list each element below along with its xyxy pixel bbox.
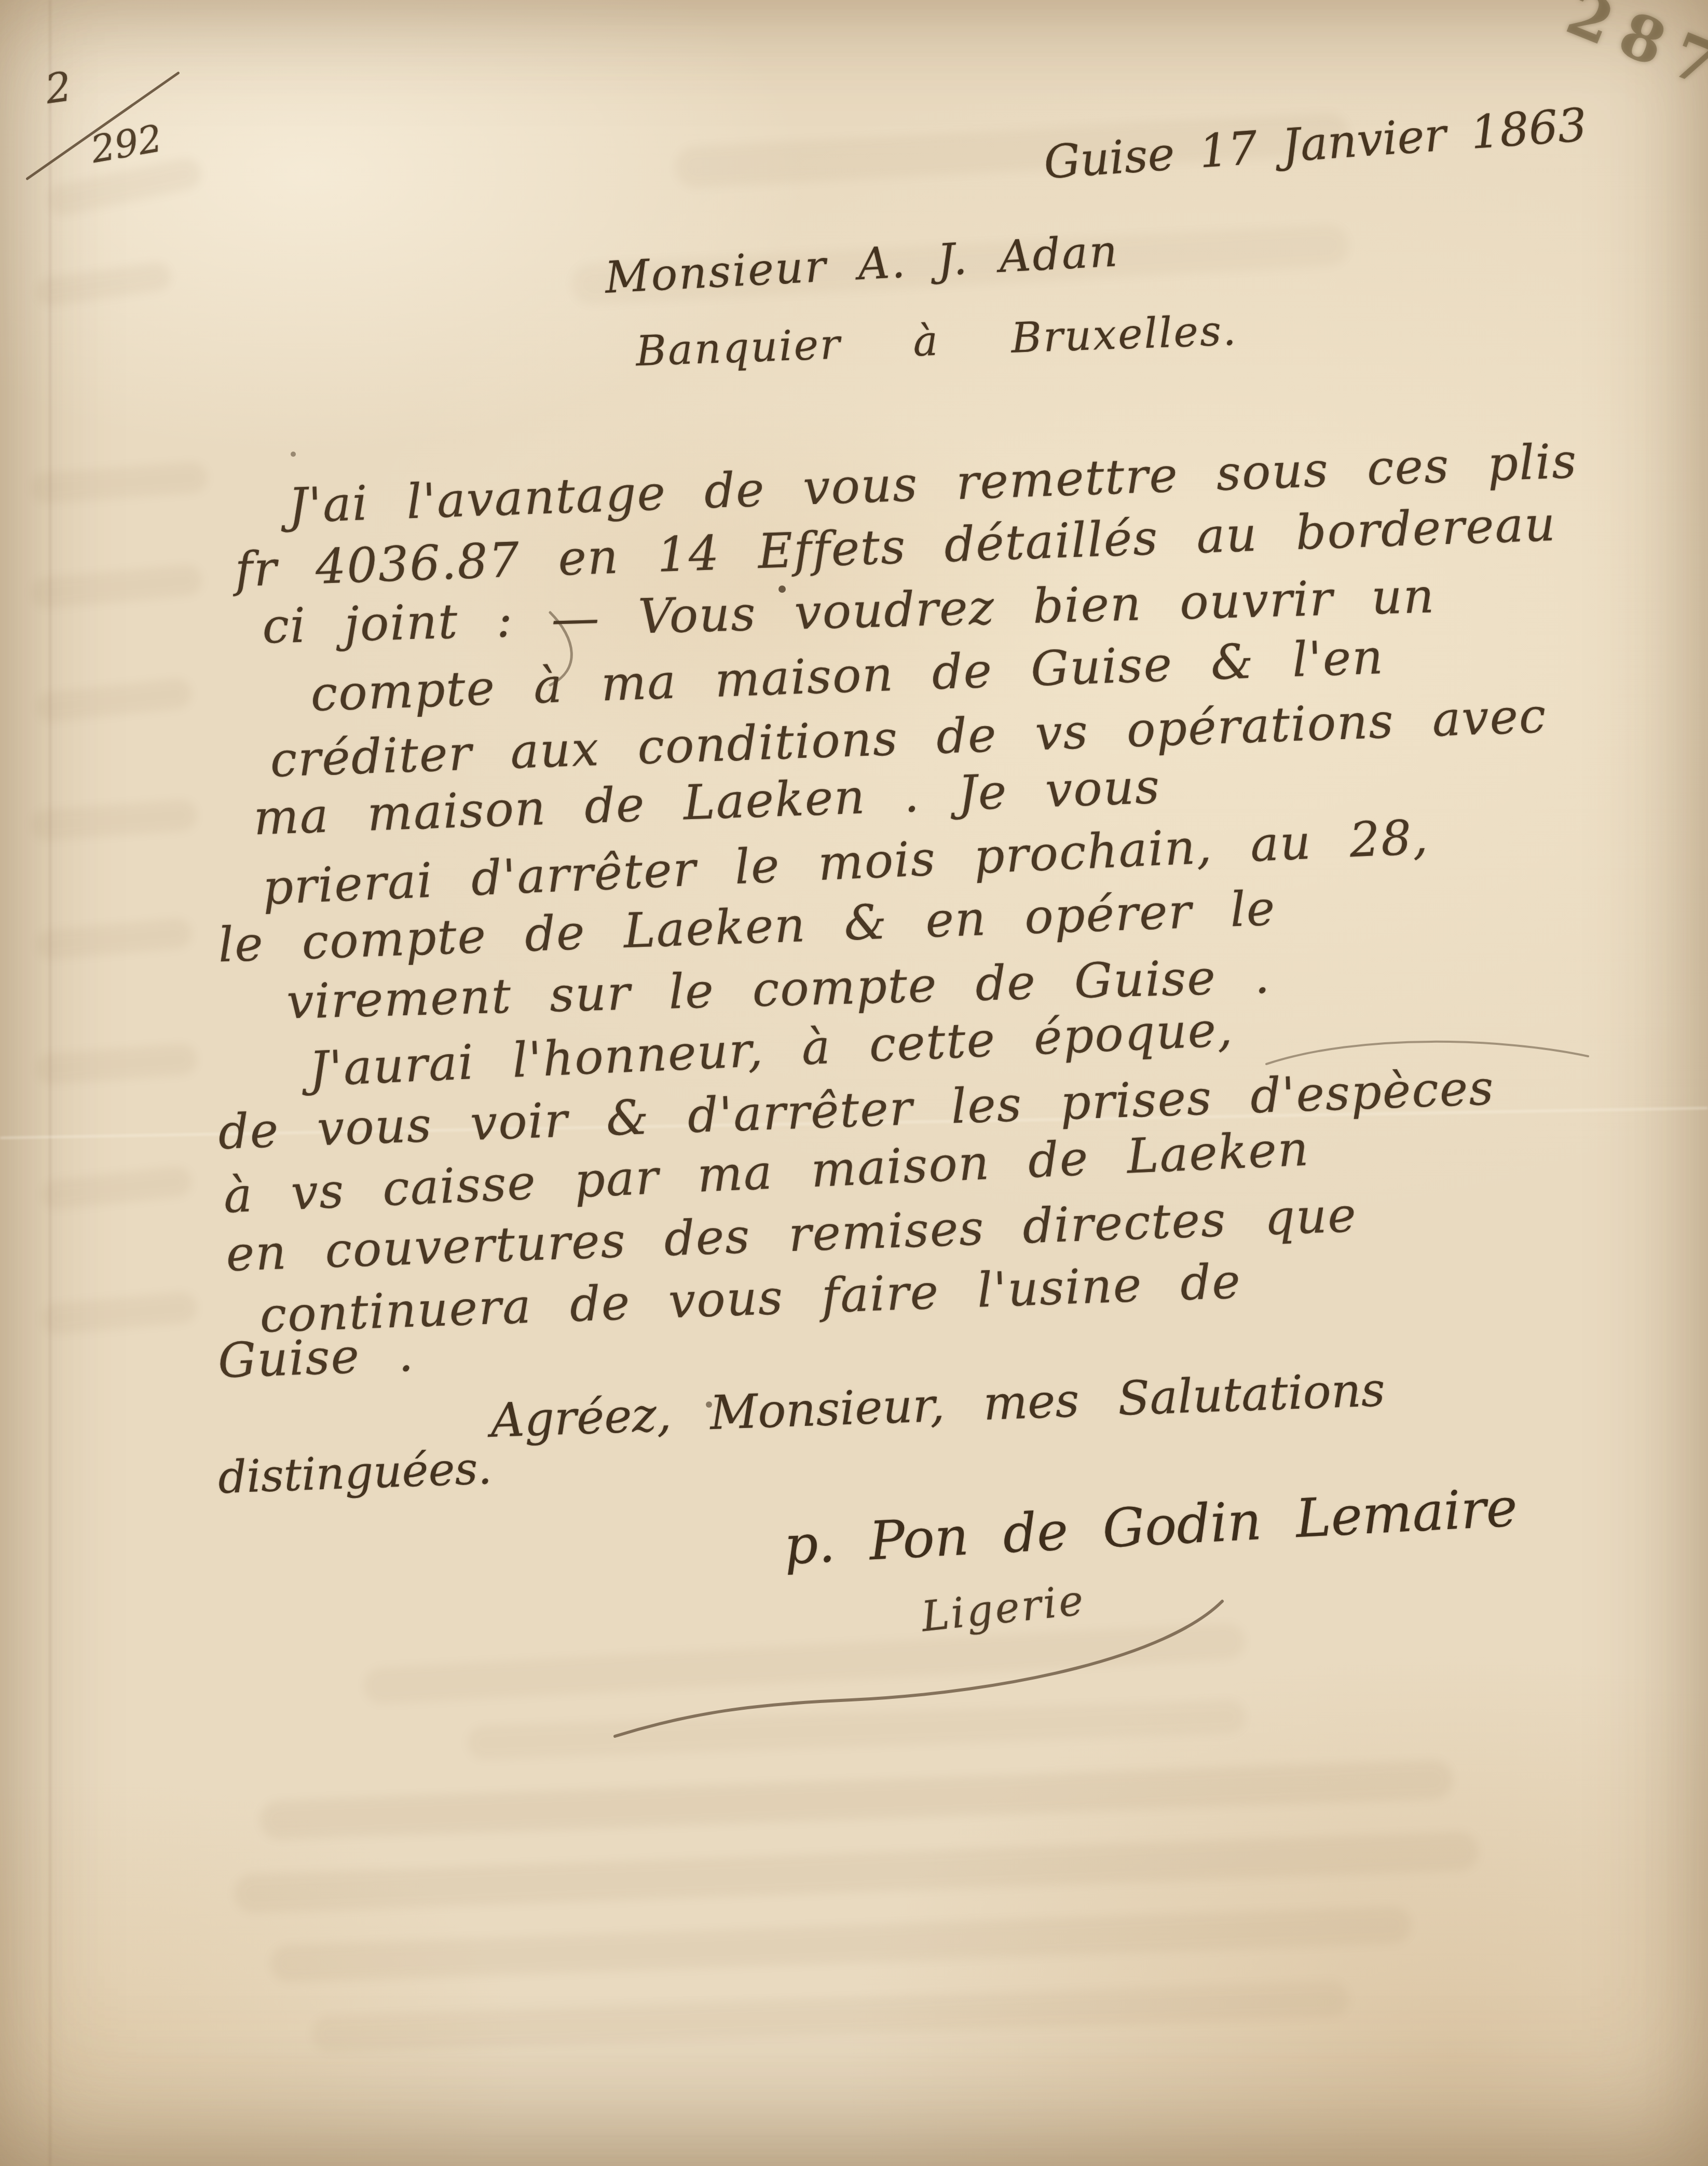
bleed-through-smudge [30, 564, 203, 610]
ink-speck [706, 1401, 712, 1408]
closing-line: distinguées. [217, 1442, 493, 1504]
body-line: Guise . [217, 1326, 415, 1388]
bleed-through-smudge [269, 1906, 1412, 1983]
ink-speck [778, 585, 786, 593]
bleed-through-smudge [35, 917, 193, 961]
ink-speck [291, 452, 296, 457]
paper-crease [49, 0, 51, 2166]
bleed-through-smudge [30, 799, 198, 841]
bleed-through-smudge [35, 1043, 198, 1085]
signature-name: p. Pon de Godin Lemaire [783, 1477, 1519, 1577]
signature-proxy-name: Ligerie [919, 1576, 1087, 1641]
dateline: Guise 17 Janvier 1863 [1042, 98, 1589, 189]
archive-fraction-numerator: 2 [43, 63, 75, 113]
closing-line: Agréez, Monsieur, mes Salutations [490, 1363, 1386, 1448]
letter-page: 2 292 287 Guise 17 Janvier 1863 Monsieur… [0, 0, 1708, 2166]
bleed-through-smudge [40, 1291, 198, 1336]
bleed-through-smudge [35, 261, 172, 308]
bleed-through-smudge [311, 1980, 1349, 2053]
folio-stamp: 287 [1557, 0, 1708, 106]
bleed-through-smudge [259, 1760, 1453, 1840]
recipient-title: Banquier à Bruxelles. [635, 306, 1238, 375]
bleed-through-smudge [467, 1699, 1246, 1760]
bleed-through-smudge [30, 461, 208, 505]
bleed-through-smudge [363, 1623, 1246, 1705]
bleed-through-smudge [40, 1165, 193, 1211]
bleed-through-smudge [233, 1831, 1479, 1914]
archive-fraction-denominator: 292 [88, 116, 166, 172]
recipient-name: Monsieur A. J. Adan [604, 225, 1120, 303]
bleed-through-smudge [35, 677, 193, 723]
